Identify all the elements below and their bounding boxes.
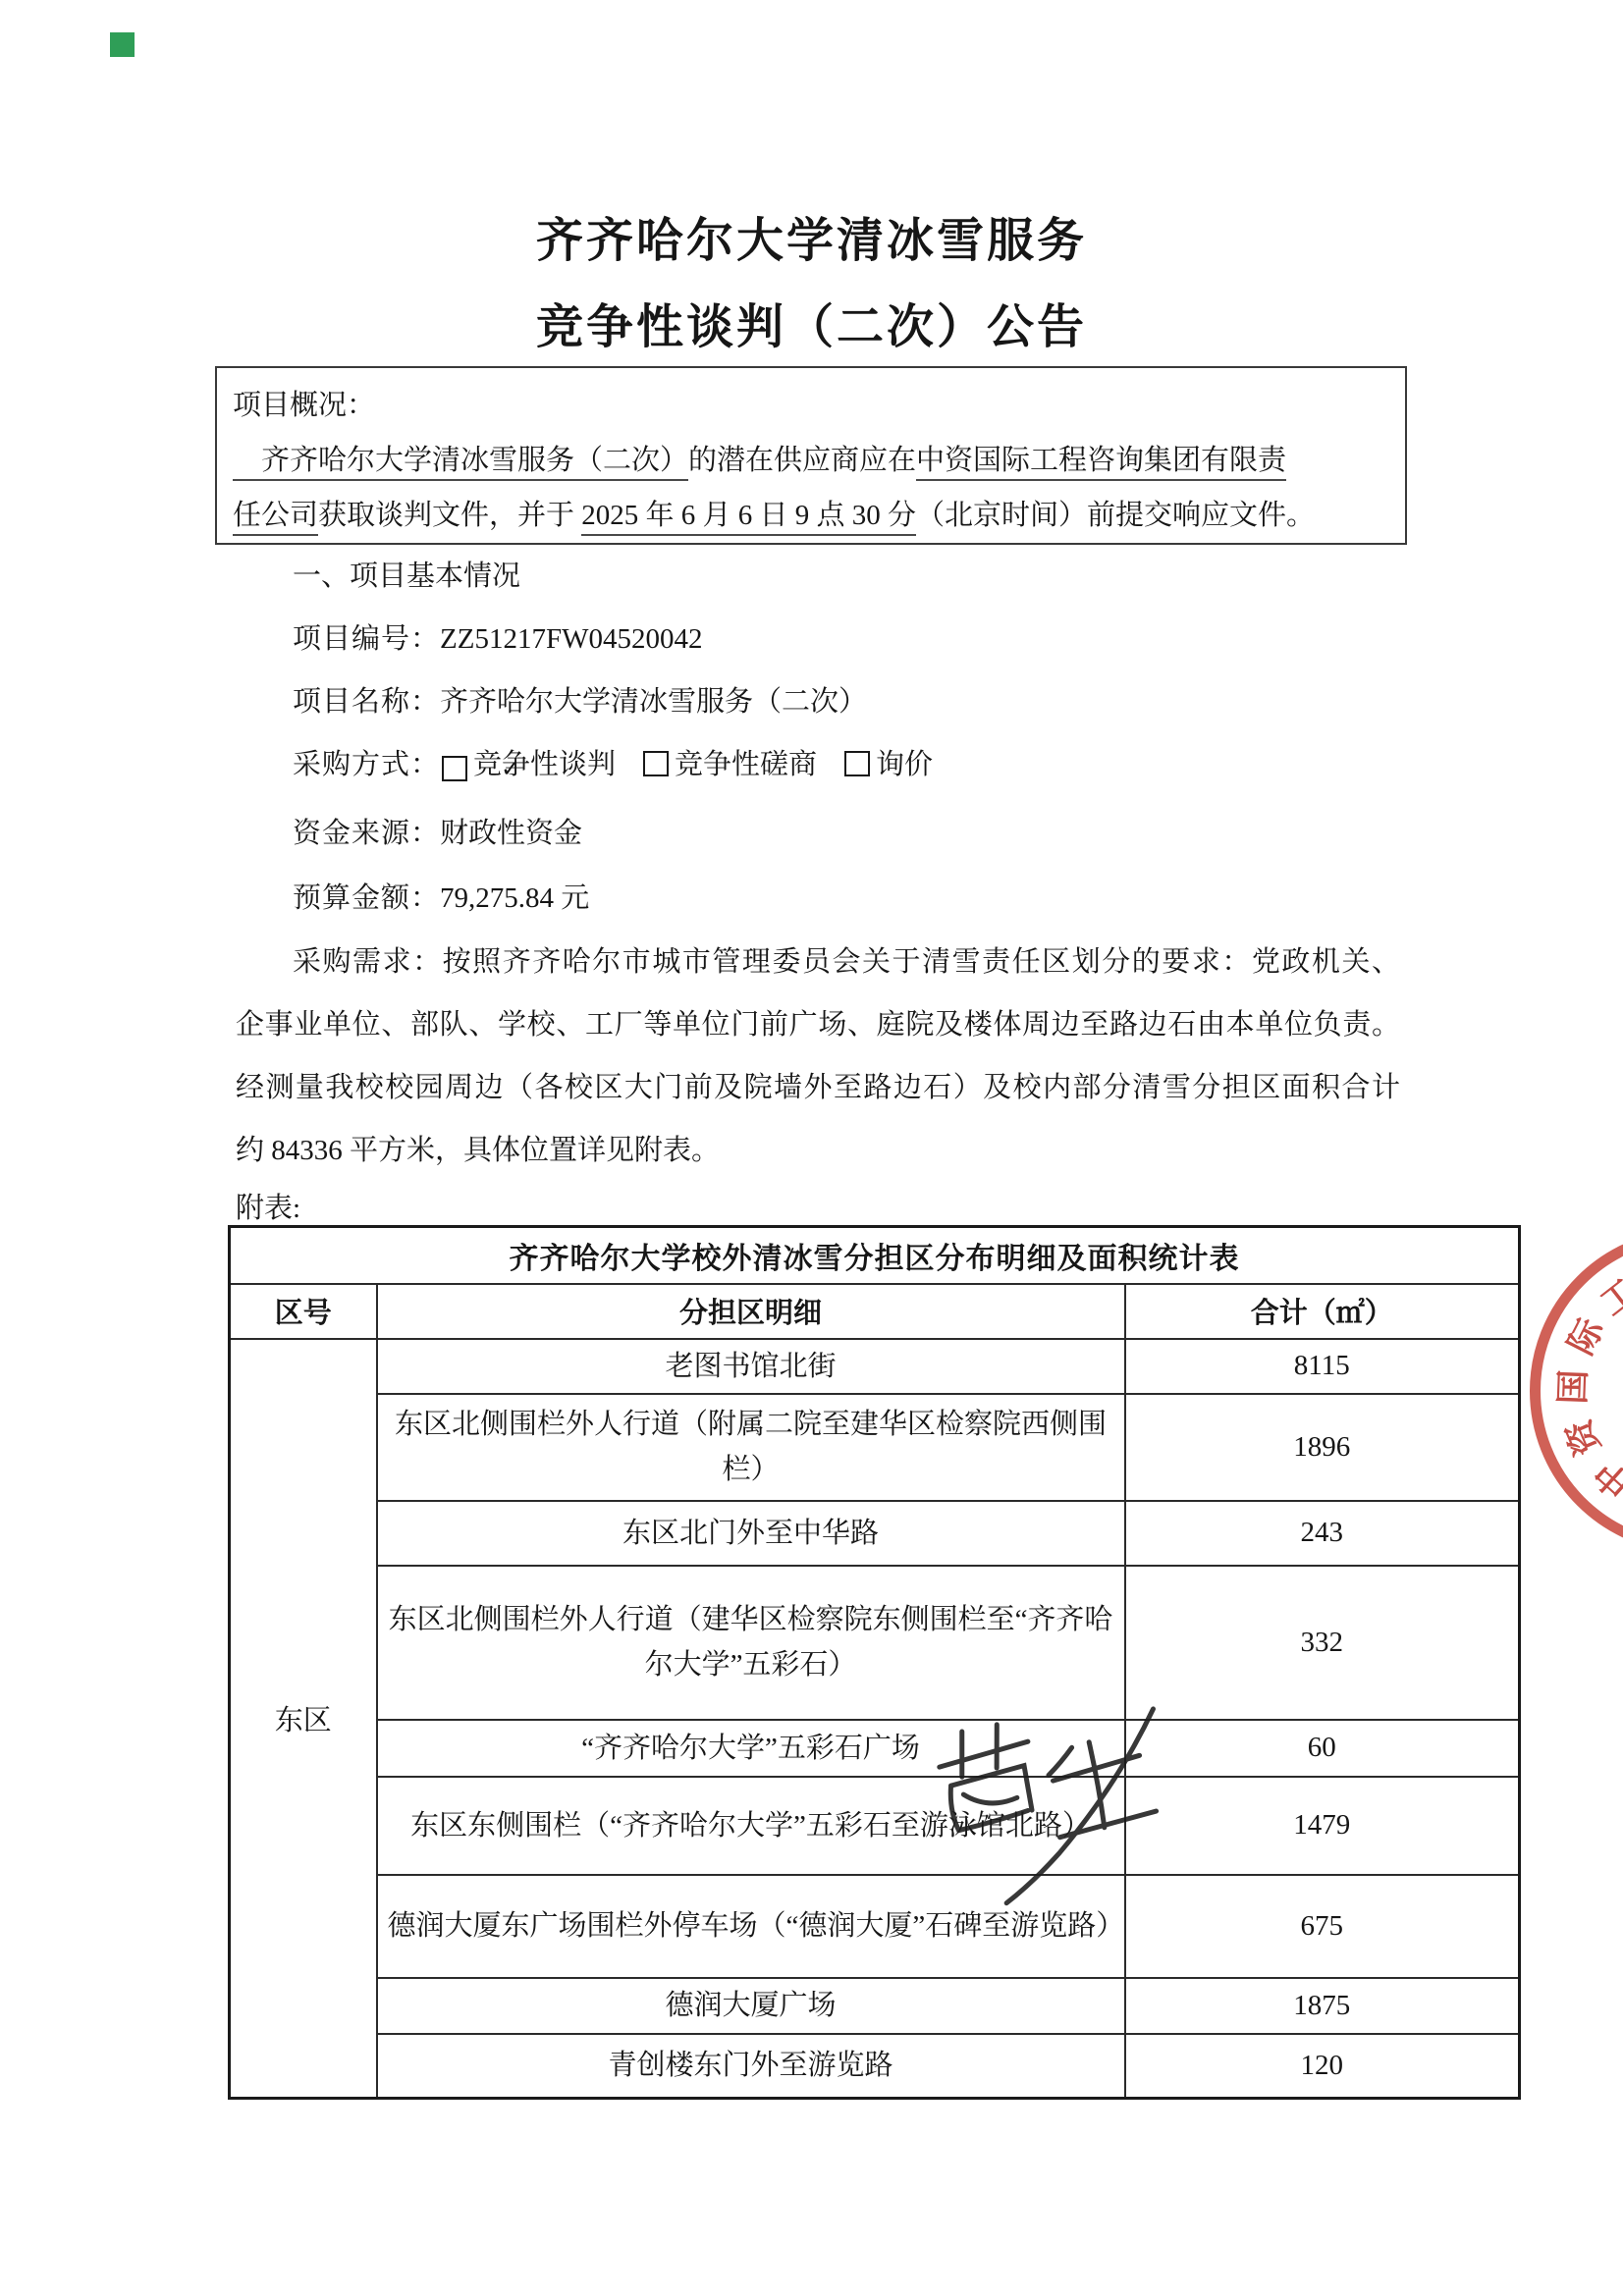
table-row: 东区北门外至中华路 243: [230, 1501, 1520, 1566]
area-cell: 1896: [1125, 1394, 1520, 1501]
area-cell: 675: [1125, 1875, 1520, 1978]
table-row: 德润大厦东广场围栏外停车场（“德润大厦”石碑至游览路） 675: [230, 1875, 1520, 1978]
column-header-zone: 区号: [230, 1284, 377, 1339]
seal-character: 国: [1555, 1368, 1592, 1405]
table-row: “齐齐哈尔大学”五彩石广场 60: [230, 1720, 1520, 1777]
table-row: 东区东侧围栏（“齐齐哈尔大学”五彩石至游泳馆北路） 1479: [230, 1777, 1520, 1875]
method-option-label: 询价: [876, 749, 933, 780]
scan-artifact-mark: [110, 32, 135, 57]
requirement-line: 约 84336 平方米，具体位置详见附表。: [236, 1119, 1400, 1182]
red-official-seal: 程 工 际 国 资 中: [1530, 1229, 1623, 1553]
procurement-requirement-paragraph: 采购需求：按照齐齐哈尔市城市管理委员会关于清雪责任区划分的要求：党政机关、 企事…: [236, 931, 1400, 1182]
detail-cell: 德润大厦东广场围栏外停车场（“德润大厦”石碑至游览路）: [377, 1875, 1125, 1978]
detail-cell: 东区北侧围栏外人行道（附属二院至建华区检察院西侧围栏）: [377, 1394, 1125, 1501]
column-header-total: 合计（㎡）: [1125, 1284, 1520, 1339]
funding-source-value: 财政性资金: [440, 818, 582, 849]
requirement-line: 企事业单位、部队、学校、工厂等单位门前广场、庭院及楼体周边至路边石由本单位负责。: [236, 993, 1400, 1056]
budget-line: 预算金额：79,275.84 元: [236, 878, 1400, 919]
procurement-method-label: 采购方式：: [293, 749, 440, 780]
table-row: 东区北侧围栏外人行道（附属二院至建华区检察院西侧围栏） 1896: [230, 1394, 1520, 1501]
project-name-line: 项目名称：齐齐哈尔大学清冰雪服务（二次）: [236, 681, 1400, 722]
underlined-agency-name-part1: 中资国际工程咨询集团有限责: [916, 445, 1286, 481]
underlined-project-name: 齐齐哈尔大学清冰雪服务（二次）: [233, 445, 688, 481]
zone-cell: 东区: [230, 1339, 377, 2099]
detail-cell: 东区北门外至中华路: [377, 1501, 1125, 1566]
detail-cell: “齐齐哈尔大学”五彩石广场: [377, 1720, 1125, 1777]
method-option-label: 竞争性谈判: [473, 749, 616, 780]
overview-line1: 齐齐哈尔大学清冰雪服务（二次）的潜在供应商应在中资国际工程咨询集团有限责: [233, 433, 1389, 488]
project-number-label: 项目编号：: [293, 623, 440, 655]
overview-text: （北京时间）前提交响应文件。: [916, 500, 1315, 531]
area-cell: 120: [1125, 2034, 1520, 2099]
detail-cell: 德润大厦广场: [377, 1978, 1125, 2034]
document-title-line1: 齐齐哈尔大学清冰雪服务: [0, 202, 1623, 270]
table-title: 齐齐哈尔大学校外清冰雪分担区分布明细及面积统计表: [230, 1227, 1520, 1284]
table-row: 东区 老图书馆北街 8115: [230, 1339, 1520, 1394]
area-cell: 1875: [1125, 1978, 1520, 2034]
area-cell: 8115: [1125, 1339, 1520, 1394]
detail-cell: 青创楼东门外至游览路: [377, 2034, 1125, 2099]
overview-line2: 任公司获取谈判文件，并于 2025 年 6 月 6 日 9 点 30 分（北京时…: [233, 488, 1389, 543]
checkbox-empty-icon: [844, 751, 870, 776]
column-header-detail: 分担区明细: [377, 1284, 1125, 1339]
method-option-inquiry: 询价: [842, 749, 933, 780]
area-cell: 332: [1125, 1566, 1520, 1720]
overview-heading-text: 项目概况：: [233, 390, 375, 421]
requirement-line: 经测量我校校园周边（各校区大门前及院墙外至路边石）及校内部分清雪分担区面积合计: [236, 1056, 1400, 1119]
document-page: 齐齐哈尔大学清冰雪服务 竞争性谈判（二次）公告 项目概况： 齐齐哈尔大学清冰雪服…: [0, 0, 1623, 2296]
document-title-line2: 竞争性谈判（二次）公告: [0, 289, 1623, 356]
table-title-row: 齐齐哈尔大学校外清冰雪分担区分布明细及面积统计表: [230, 1227, 1520, 1284]
checkbox-empty-icon: [643, 751, 669, 776]
budget-value: 79,275.84 元: [440, 882, 589, 914]
area-cell: 243: [1125, 1501, 1520, 1566]
detail-cell: 东区东侧围栏（“齐齐哈尔大学”五彩石至游泳馆北路）: [377, 1777, 1125, 1875]
detail-cell: 东区北侧围栏外人行道（建华区检察院东侧围栏至“齐齐哈尔大学”五彩石）: [377, 1566, 1125, 1720]
method-option-negotiation: ✓竞争性谈判: [440, 749, 616, 780]
table-row: 东区北侧围栏外人行道（建华区检察院东侧围栏至“齐齐哈尔大学”五彩石） 332: [230, 1566, 1520, 1720]
overview-text: 的潜在供应商应在: [688, 445, 916, 476]
overview-text: 获取谈判文件，并于: [318, 500, 581, 531]
project-number-value: ZZ51217FW04520042: [440, 623, 702, 655]
appendix-label: 附表:: [236, 1186, 300, 1226]
section-heading-basic-info: 一、项目基本情况: [236, 556, 1400, 597]
table-row: 青创楼东门外至游览路 120: [230, 2034, 1520, 2099]
funding-source-label: 资金来源：: [293, 818, 440, 849]
underlined-deadline: 2025 年 6 月 6 日 9 点 30 分: [581, 500, 916, 536]
snow-area-statistics-table: 齐齐哈尔大学校外清冰雪分担区分布明细及面积统计表 区号 分担区明细 合计（㎡） …: [228, 1225, 1521, 2100]
checkbox-checked-icon: ✓: [442, 756, 467, 781]
method-option-consultation: 竞争性磋商: [641, 749, 817, 780]
table-header-row: 区号 分担区明细 合计（㎡）: [230, 1284, 1520, 1339]
project-overview-box: 项目概况： 齐齐哈尔大学清冰雪服务（二次）的潜在供应商应在中资国际工程咨询集团有…: [215, 366, 1407, 545]
project-name-label: 项目名称：: [293, 686, 440, 718]
detail-cell: 老图书馆北街: [377, 1339, 1125, 1394]
method-option-label: 竞争性磋商: [675, 749, 817, 780]
project-name-value: 齐齐哈尔大学清冰雪服务（二次）: [440, 686, 867, 718]
budget-label: 预算金额：: [293, 882, 440, 914]
area-cell: 1479: [1125, 1777, 1520, 1875]
project-number-line: 项目编号：ZZ51217FW04520042: [236, 618, 1400, 660]
underlined-agency-name-part2: 任公司: [233, 500, 318, 536]
funding-source-line: 资金来源：财政性资金: [236, 813, 1400, 854]
area-cell: 60: [1125, 1720, 1520, 1777]
overview-heading: 项目概况：: [233, 378, 1389, 433]
requirement-line: 采购需求：按照齐齐哈尔市城市管理委员会关于清雪责任区划分的要求：党政机关、: [236, 931, 1400, 993]
table-row: 德润大厦广场 1875: [230, 1978, 1520, 2034]
procurement-method-line: 采购方式：✓竞争性谈判竞争性磋商询价: [236, 744, 1400, 785]
